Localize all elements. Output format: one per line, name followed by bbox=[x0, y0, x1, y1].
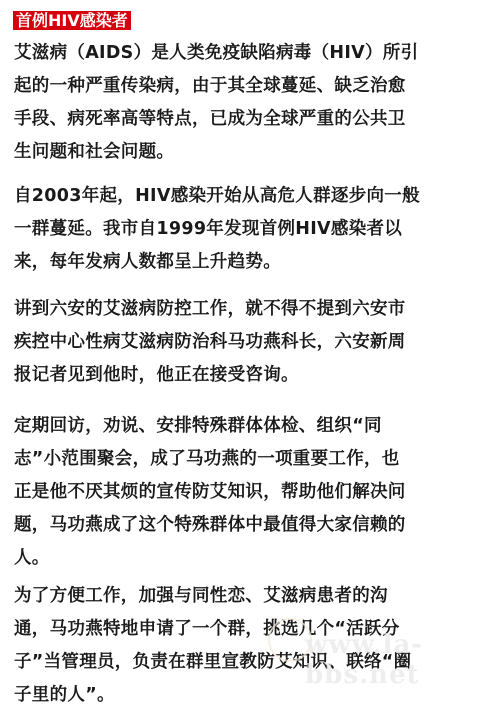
text-line: 自2003年起，HIV感染开始从高危人群逐步向一般 bbox=[14, 180, 454, 213]
text-line: 子里的人”。 bbox=[14, 679, 454, 704]
text-line: 报记者见到他时，他正在接受咨询。 bbox=[14, 359, 454, 392]
text-line: 讲到六安的艾滋病防控工作，就不得不提到六安市 bbox=[14, 293, 454, 326]
text-line: 手段、病死率高等特点，已成为全球严重的公共卫 bbox=[14, 103, 454, 136]
text-line: 艾滋病（AIDS）是人类免疫缺陷病毒（HIV）所引 bbox=[14, 37, 454, 70]
paragraph-1: 艾滋病（AIDS）是人类免疫缺陷病毒（HIV）所引 起的一种严重传染病，由于其全… bbox=[14, 37, 454, 169]
paragraph-3: 讲到六安的艾滋病防控工作，就不得不提到六安市 疾控中心性病艾滋病防治科马功燕科长… bbox=[14, 293, 454, 392]
text-line: 子”当管理员，负责在群里宣教防艾知识、联络“圈 bbox=[14, 646, 454, 679]
watermark-logo-icon bbox=[268, 618, 312, 662]
text-line: 定期回访，劝说、安排特殊群体体检、组织“同 bbox=[14, 410, 454, 443]
paragraph-4: 定期回访，劝说、安排特殊群体体检、组织“同 志”小范围聚会，成了马功燕的一项重要… bbox=[14, 410, 454, 575]
text-line: 正是他不厌其烦的宣传防艾知识，帮助他们解决问 bbox=[14, 476, 454, 509]
text-line: 疾控中心性病艾滋病防治科马功燕科长，六安新周 bbox=[14, 326, 454, 359]
text-line: 人。 bbox=[14, 542, 454, 575]
text-line: 生问题和社会问题。 bbox=[14, 136, 454, 169]
text-line: 志”小范围聚会，成了马功燕的一项重要工作，也 bbox=[14, 443, 454, 476]
text-line: 为了方便工作，加强与同性恋、艾滋病患者的沟 bbox=[14, 580, 454, 613]
text-line: 一群蔓延。我市自1999年发现首例HIV感染者以 bbox=[14, 213, 454, 246]
text-line: 来，每年发病人数都呈上升趋势。 bbox=[14, 246, 454, 279]
text-line: 题，马功燕成了这个特殊群体中最值得大家信赖的 bbox=[14, 509, 454, 542]
article-title-badge: 首例HIV感染者 bbox=[13, 11, 131, 30]
text-line: 通，马功燕特地申请了一个群，挑选几个“活跃分 bbox=[14, 613, 454, 646]
paragraph-5: 为了方便工作，加强与同性恋、艾滋病患者的沟 通，马功燕特地申请了一个群，挑选几个… bbox=[14, 580, 454, 704]
paragraph-2: 自2003年起，HIV感染开始从高危人群逐步向一般 一群蔓延。我市自1999年发… bbox=[14, 180, 454, 279]
text-line: 起的一种严重传染病，由于其全球蔓延、缺乏治愈 bbox=[14, 70, 454, 103]
